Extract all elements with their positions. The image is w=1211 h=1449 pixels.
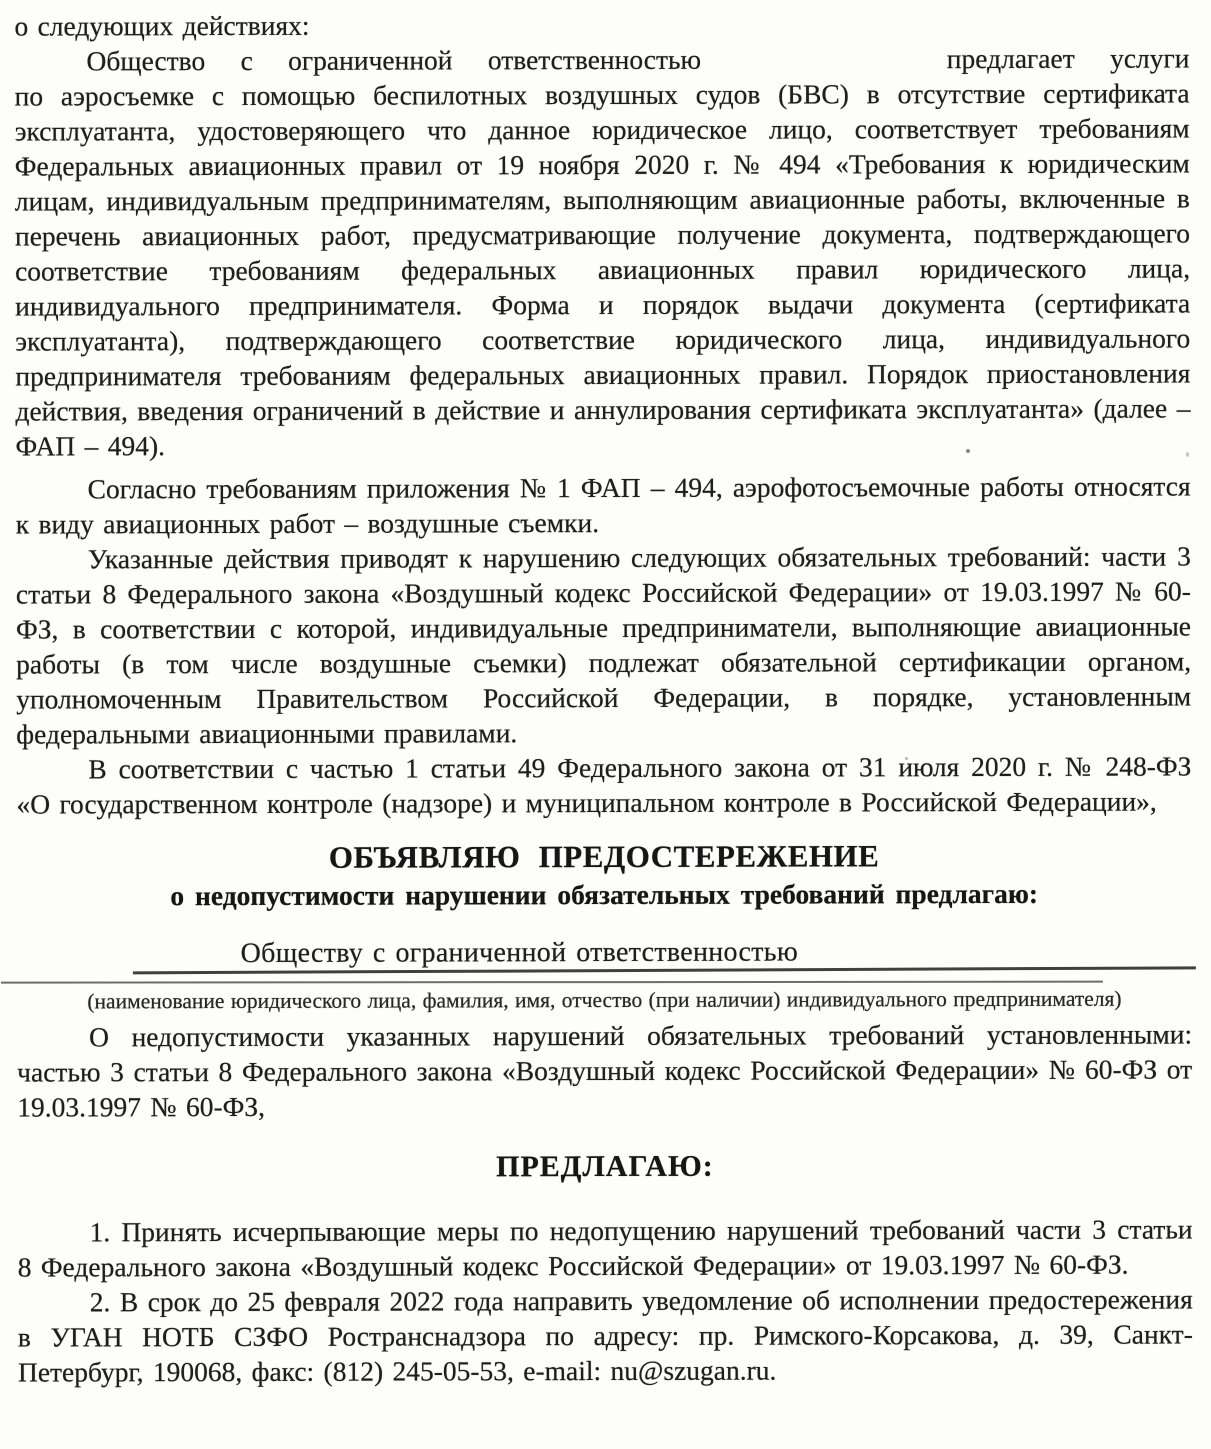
continuation-line: о следующих действиях:: [14, 5, 1189, 43]
document-sheet: о следующих действиях: Общество с ограни…: [14, 5, 1193, 1389]
paragraph-inadmissibility: О недопустимости указанных нарушений обя…: [17, 1016, 1192, 1124]
addressee-block: Обществу с ограниченной ответственностью…: [17, 936, 1192, 1015]
list-item-1: 1. Принять исчерпывающие меры по недопущ…: [18, 1211, 1193, 1284]
company-type-text: Общество с ограниченной ответственностью: [86, 44, 701, 77]
propose-heading: ПРЕДЛАГАЮ:: [17, 1145, 1192, 1188]
scan-speck: [1186, 452, 1189, 457]
addressee-underline-secondary: [1, 981, 1103, 984]
declaration-subheading: о недопустимости нарушении обязательных …: [17, 874, 1192, 915]
company-services-text: предлагает услуги: [947, 42, 1190, 74]
company-name-blank: [736, 67, 911, 68]
paragraph-company-intro: Общество с ограниченной ответственностью…: [14, 40, 1189, 78]
paragraph-law-248: В соответствии с частью 1 статьи 49 Феде…: [16, 748, 1191, 821]
paragraph-fap-annex: Согласно требованиям приложения № 1 ФАП …: [16, 468, 1191, 541]
list-item-2: 2. В срок до 25 февраля 2022 года направ…: [18, 1281, 1193, 1389]
paragraph-violations: Указанные действия приводят к нарушению …: [16, 538, 1192, 751]
scan-speck: [905, 757, 908, 760]
paragraph-company-body: по аэросъемке с помощью беспилотных возд…: [15, 75, 1191, 463]
declaration-heading: ОБЪЯВЛЯЮ ПРЕДОСТЕРЕЖЕНИЕ: [17, 836, 1192, 877]
scanned-warning-document-page: о следующих действиях: Общество с ограни…: [0, 0, 1211, 1449]
scan-speck: [966, 449, 970, 453]
addressee-caption: (наименование юридического лица, фамилия…: [17, 984, 1192, 1015]
addressee-line: Обществу с ограниченной ответственностью: [17, 936, 1192, 969]
